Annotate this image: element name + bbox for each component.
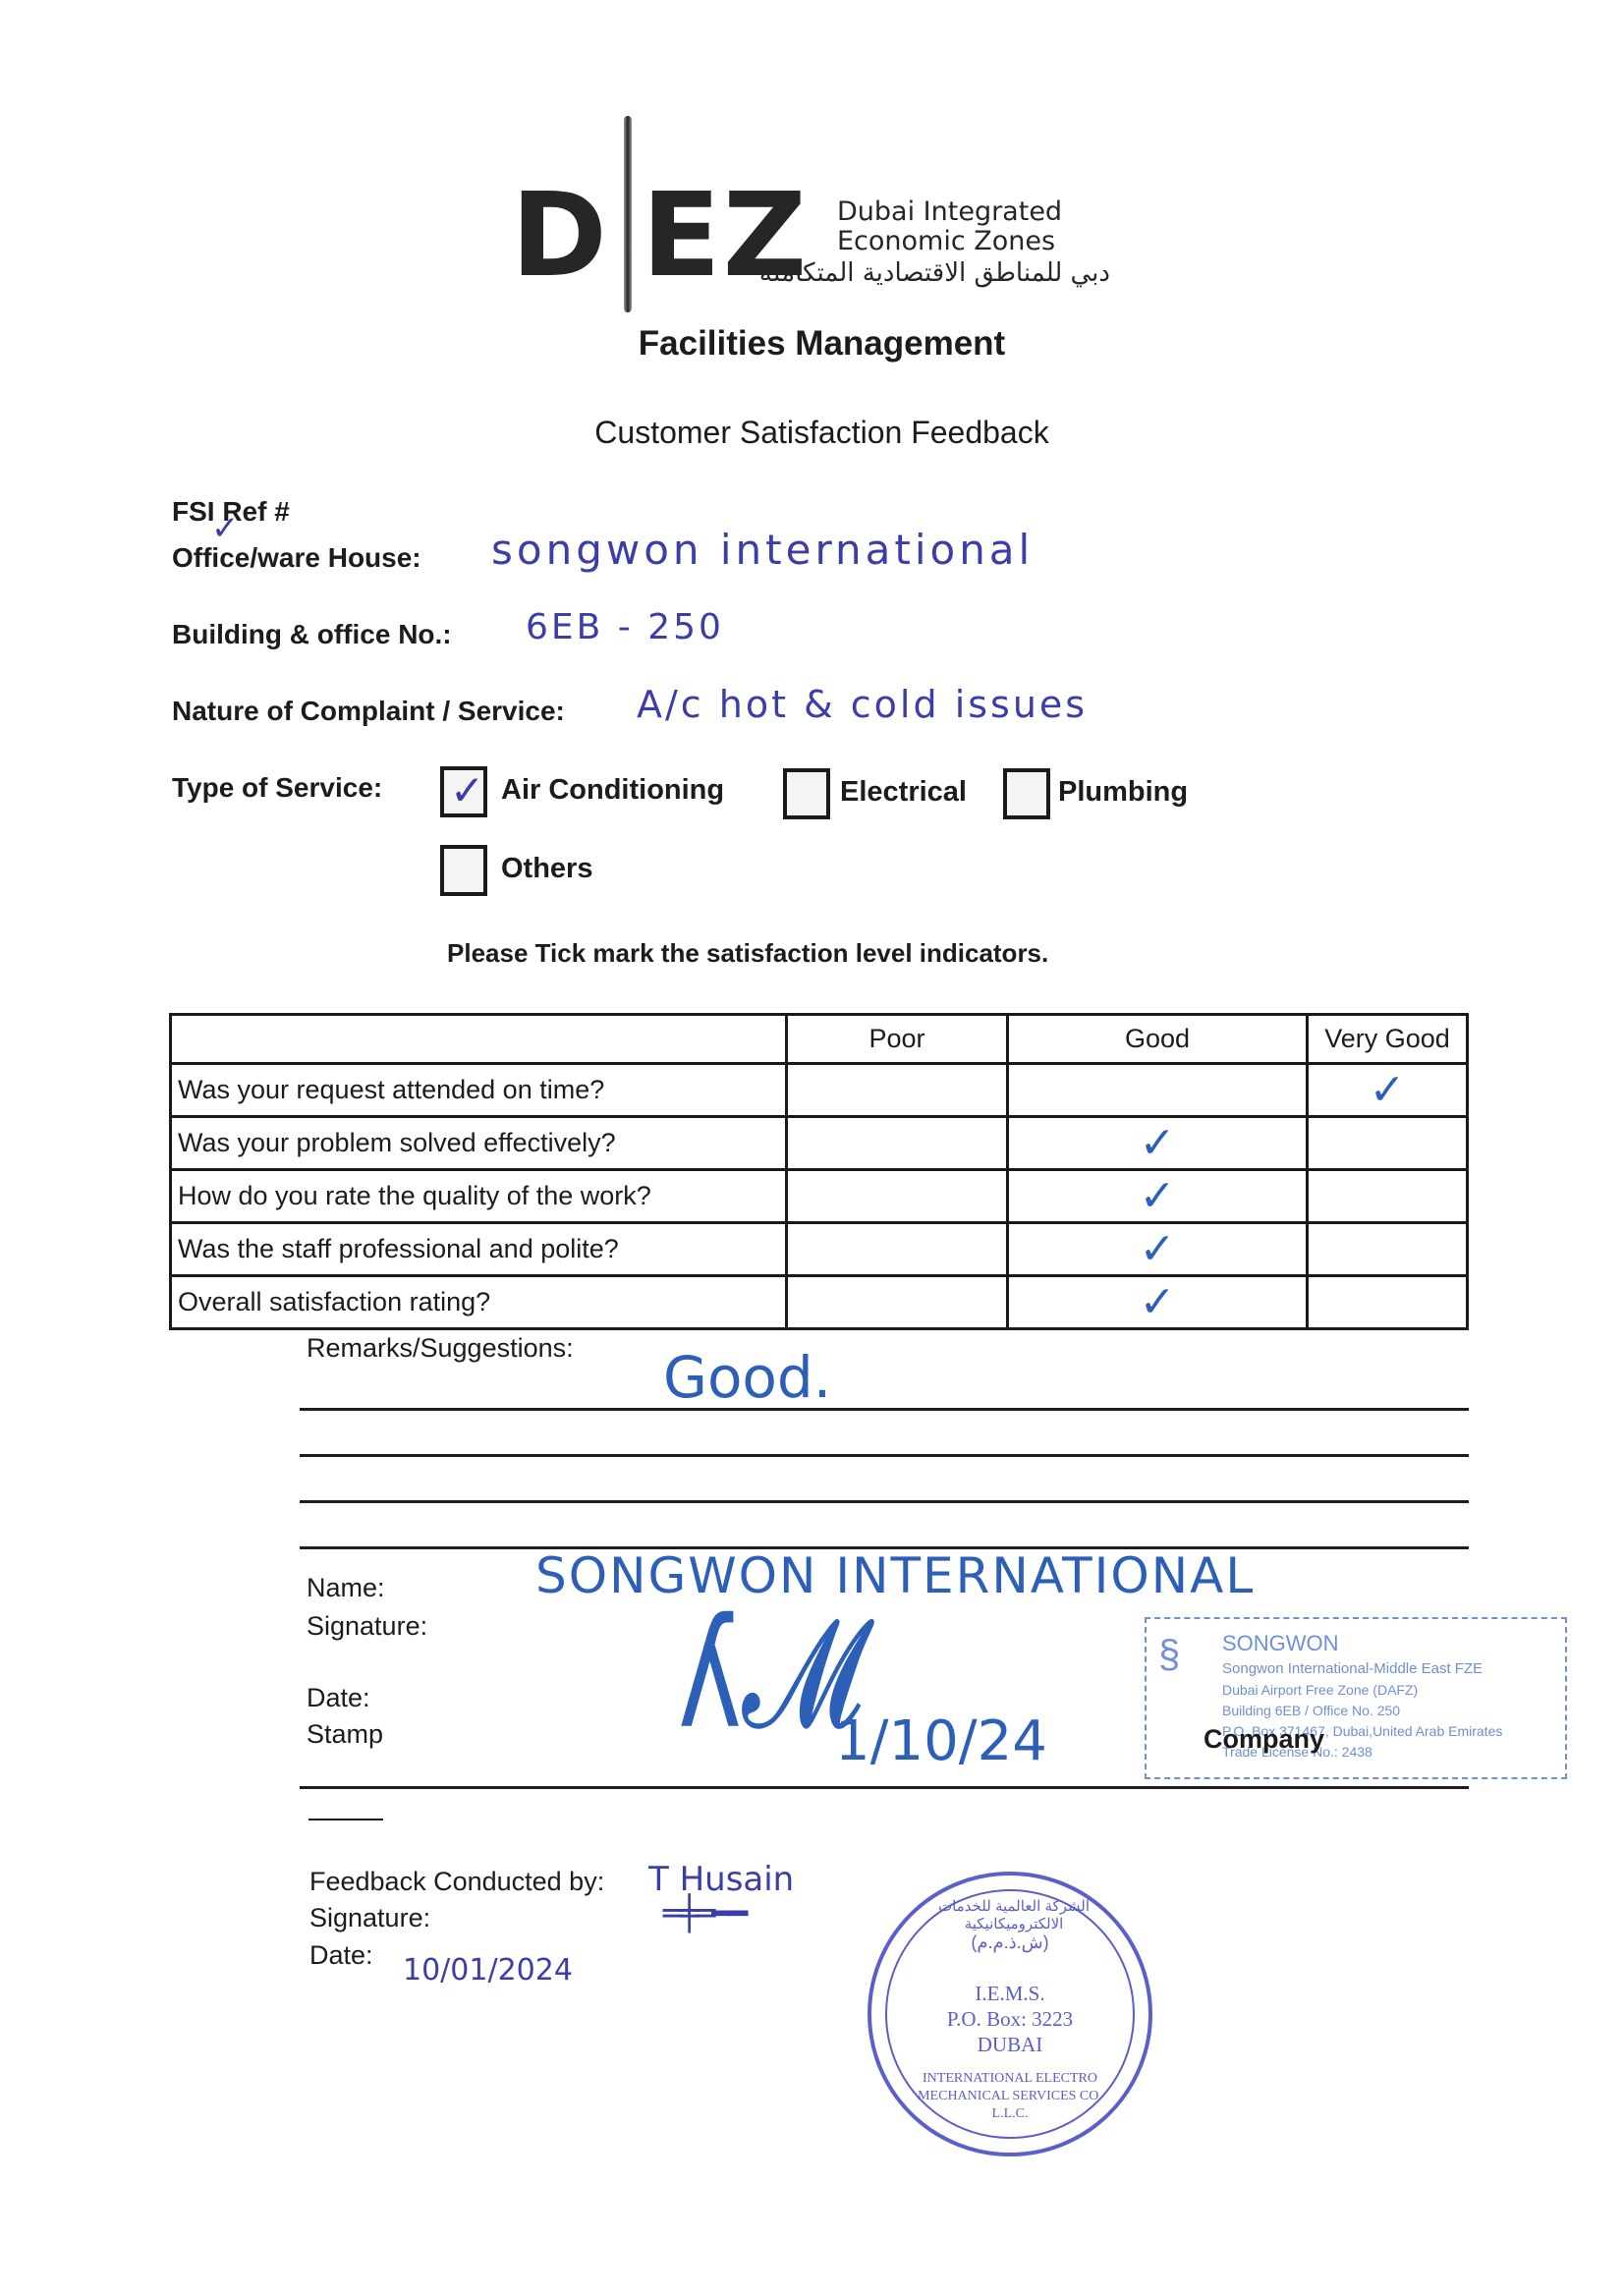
songwon-logo-icon: § [1158,1633,1180,1677]
header-question [171,1015,787,1064]
name-field[interactable]: SONGWON INTERNATIONAL [535,1547,1255,1604]
header-poor: Poor [787,1015,1008,1064]
customer-date-label: Date: [307,1683,370,1713]
name-label: Name: [307,1573,385,1603]
building-field[interactable]: 6EB - 250 [526,607,724,647]
remarks-line-3 [300,1500,1469,1503]
remarks-label: Remarks/Suggestions: [307,1333,574,1364]
company-label: Company [1204,1724,1324,1755]
poor-cell[interactable] [787,1276,1008,1329]
question-cell: Was your request attended on time? [171,1064,787,1117]
stamp-line-3: Building 6EB / Office No. 250 [1222,1703,1400,1718]
conductor-signature-label: Signature: [309,1903,430,1933]
option-others: Others [501,853,592,885]
option-plumbing: Plumbing [1058,776,1188,809]
office-field[interactable]: songwon international [491,526,1034,574]
stamp-line-1: Songwon International-Middle East FZE [1222,1660,1483,1677]
tick-icon: ✓ [1140,1278,1176,1326]
service-type-label: Type of Service: [172,772,382,804]
good-cell[interactable]: ✓ [1008,1276,1308,1329]
header-very-good: Very Good [1308,1015,1468,1064]
conductor-date-field[interactable]: 10/01/2024 [403,1953,573,1988]
logo-letter-d: D [511,177,609,293]
logo-name-line1: Dubai Integrated [837,196,1062,228]
table-row: Was your problem solved effectively? ✓ [171,1117,1468,1170]
customer-signature-label: Signature: [307,1611,427,1642]
company-stamp: § SONGWON Songwon International-Middle E… [1145,1617,1567,1779]
option-electrical: Electrical [840,776,967,809]
question-cell: Was the staff professional and polite? [171,1223,787,1276]
question-cell: How do you rate the quality of the work? [171,1170,787,1223]
stamp-bottom-line [300,1786,1469,1789]
seal-arabic-top: الشركة العالمية للخدمات الالكتروميكانيكي… [901,1897,1127,1932]
checkbox-electrical[interactable] [783,768,830,819]
question-cell: Was your problem solved effectively? [171,1117,787,1170]
conductor-signature[interactable]: ═╪═━━ [663,1894,744,1933]
tick-icon: ✓ [1140,1172,1176,1220]
stamp-title: SONGWON [1222,1631,1339,1656]
logo-name-arabic: دبي للمناطق الاقتصادية المتكاملة [648,258,1110,288]
page-title: Facilities Management [0,324,1624,364]
checkbox-plumbing[interactable] [1003,768,1050,819]
checkbox-air-conditioning[interactable]: ✓ [440,766,487,817]
question-cell: Overall satisfaction rating? [171,1276,787,1329]
satisfaction-table: Poor Good Very Good Was your request att… [169,1013,1469,1330]
header-good: Good [1008,1015,1308,1064]
logo-divider [624,116,632,312]
complaint-field[interactable]: A/c hot & cold issues [637,683,1088,726]
complaint-label: Nature of Complaint / Service: [172,696,565,727]
table-row: How do you rate the quality of the work?… [171,1170,1468,1223]
instruction-text: Please Tick mark the satisfaction level … [447,938,1048,969]
short-divider [308,1819,383,1820]
table-row: Was your request attended on time? ✓ [171,1064,1468,1117]
conducted-by-label: Feedback Conducted by: [309,1867,604,1897]
seal-center-1: I.E.M.S. [871,1982,1148,2006]
tick-icon: ✓ [1140,1119,1176,1167]
poor-cell[interactable] [787,1223,1008,1276]
remarks-field[interactable]: Good. [663,1344,831,1411]
customer-date-field[interactable]: 1/10/24 [835,1709,1047,1773]
table-row: Was the staff professional and polite? ✓ [171,1223,1468,1276]
good-cell[interactable]: ✓ [1008,1117,1308,1170]
poor-cell[interactable] [787,1117,1008,1170]
very-good-cell[interactable] [1308,1117,1468,1170]
seal-bottom-text: INTERNATIONAL ELECTRO MECHANICAL SERVICE… [911,2070,1109,2123]
table-row: Overall satisfaction rating? ✓ [171,1276,1468,1329]
table-header-row: Poor Good Very Good [171,1015,1468,1064]
seal-center-2: P.O. Box: 3223 [871,2007,1148,2032]
very-good-cell[interactable] [1308,1276,1468,1329]
tick-icon: ✓ [1140,1225,1176,1273]
remarks-line-1 [300,1408,1469,1411]
good-cell[interactable]: ✓ [1008,1223,1308,1276]
office-label: Office/ware House: [172,542,421,574]
building-label: Building & office No.: [172,619,452,650]
diez-logo: D EZ Dubai Integrated Economic Zones دبي… [511,116,1100,322]
iems-seal: الشركة العالمية للخدمات الالكتروميكانيكي… [868,1872,1152,2156]
seal-arabic-sub: (ش.ذ.م.م) [871,1932,1148,1953]
check-icon: ✓ [450,766,484,814]
good-cell[interactable]: ✓ [1008,1170,1308,1223]
very-good-cell[interactable] [1308,1170,1468,1223]
remarks-line-2 [300,1454,1469,1457]
tick-icon: ✓ [1370,1066,1406,1114]
very-good-cell[interactable] [1308,1223,1468,1276]
checkbox-others[interactable] [440,845,487,896]
poor-cell[interactable] [787,1064,1008,1117]
stamp-label: Stamp [307,1719,383,1750]
conductor-date-label: Date: [309,1940,373,1971]
very-good-cell[interactable]: ✓ [1308,1064,1468,1117]
seal-center-3: DUBAI [871,2033,1148,2057]
good-cell[interactable] [1008,1064,1308,1117]
conducted-by-field[interactable]: T Husain [648,1860,794,1899]
option-air-conditioning: Air Conditioning [501,774,724,807]
page-subtitle: Customer Satisfaction Feedback [0,415,1624,451]
stamp-line-2: Dubai Airport Free Zone (DAFZ) [1222,1682,1418,1698]
poor-cell[interactable] [787,1170,1008,1223]
logo-name-line2: Economic Zones [837,226,1055,257]
